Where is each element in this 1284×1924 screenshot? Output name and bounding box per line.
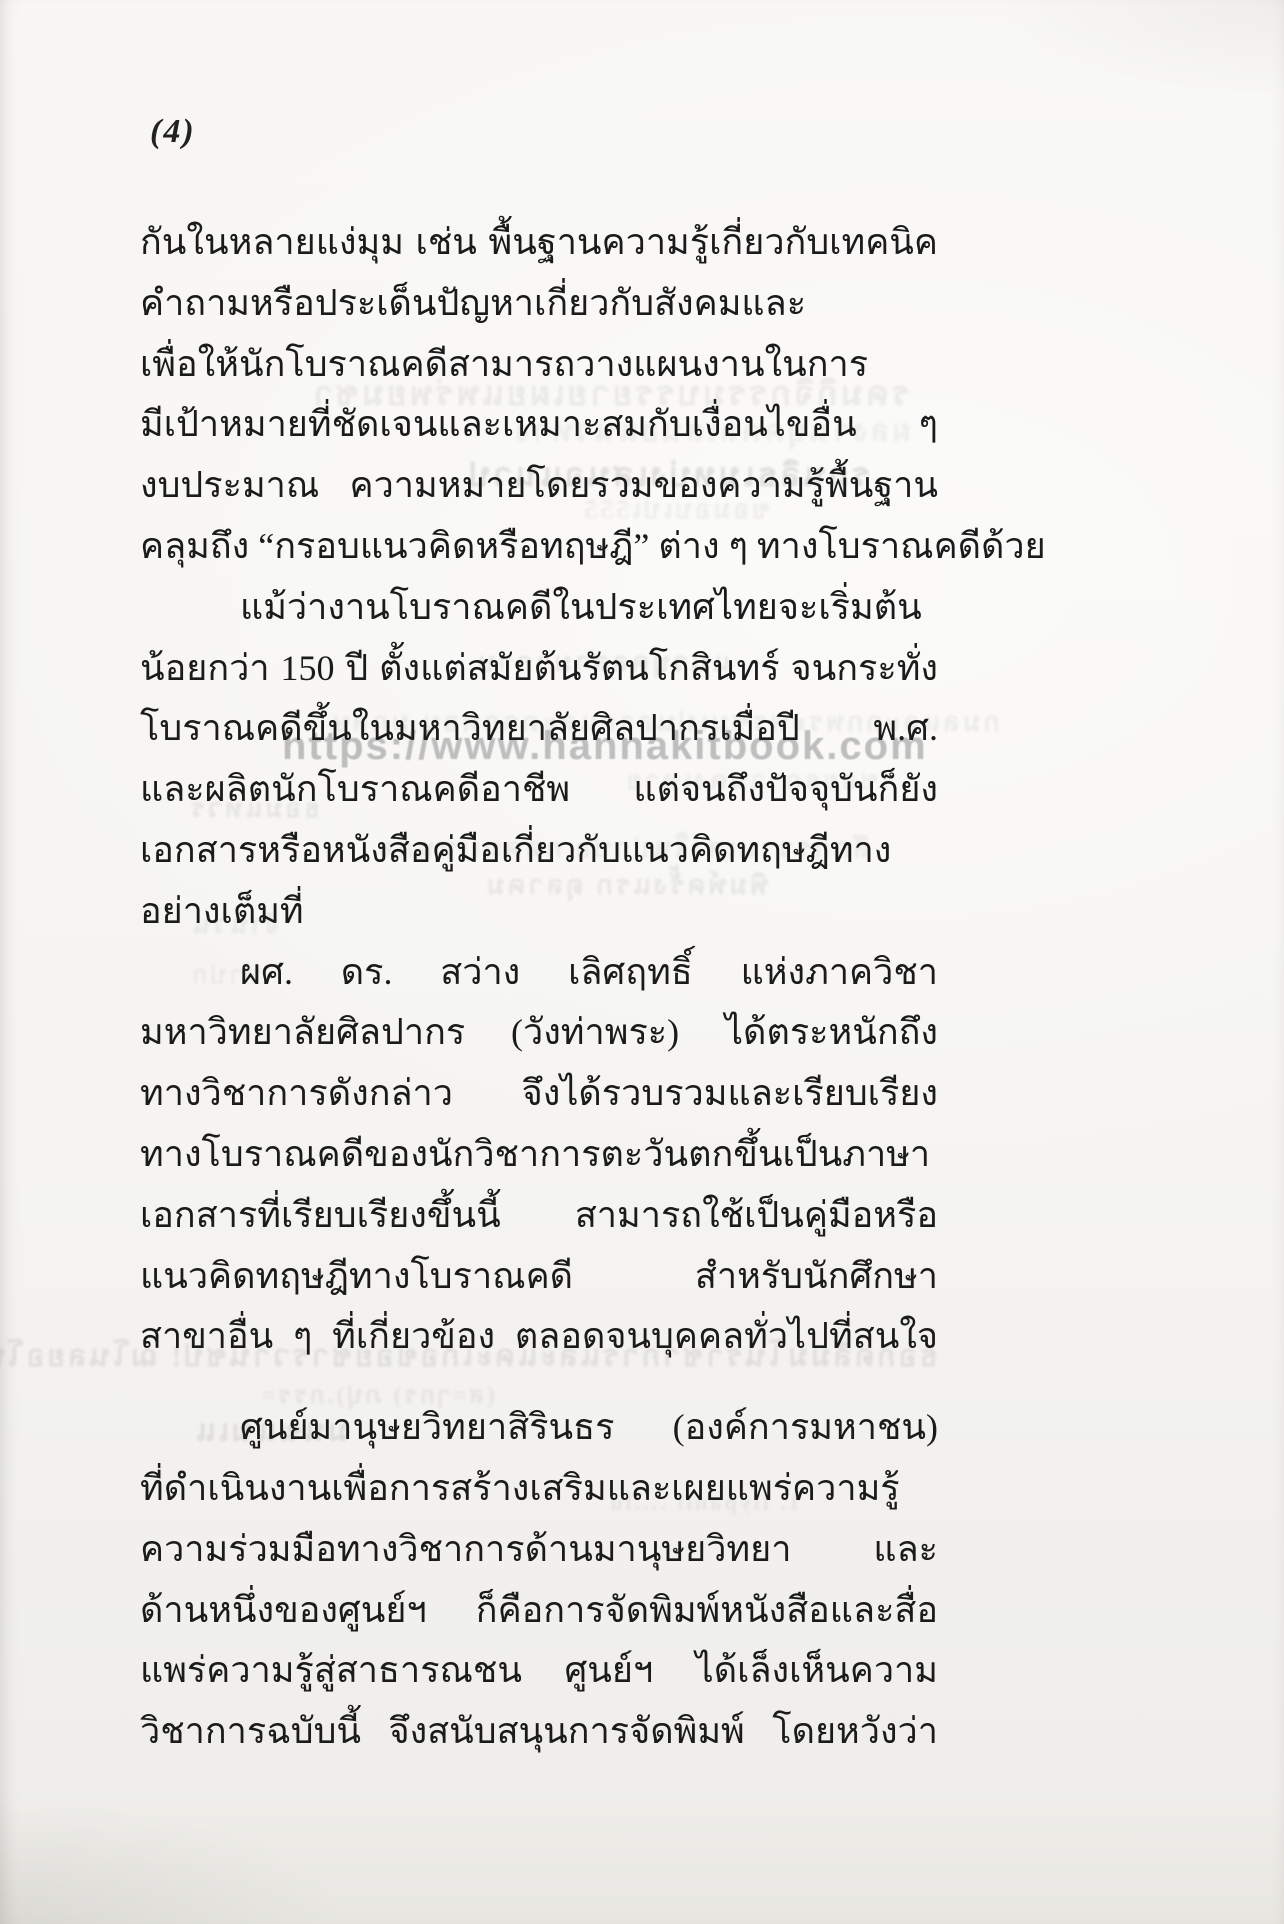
text-block: กันในหลายแง่มุม เช่น พื้นฐานความรู้เกี่ย…: [140, 212, 938, 1762]
text-line: วิชาการฉบับนี้ จึงสนับสนุนการจัดพิมพ์ โด…: [140, 1701, 938, 1762]
text-line: งบประมาณ ความหมายโดยรวมของความรู้พื้นฐาน…: [140, 455, 938, 516]
page-number: (4): [150, 113, 196, 151]
text-line: สาขาอื่น ๆ ที่เกี่ยวข้อง ตลอดจนบุคคลทั่ว…: [140, 1306, 938, 1367]
text-line: เอกสารที่เรียบเรียงขึ้นนี้ สามารถใช้เป็น…: [140, 1185, 938, 1246]
text-line: น้อยกว่า 150 ปี ตั้งแต่สมัยต้นรัตนโกสินท…: [140, 638, 938, 699]
text-line: ทางโบราณคดีของนักวิชาการตะวันตกขึ้นเป็นภ…: [140, 1124, 938, 1185]
text-line: เพื่อให้นักโบราณคดีสามารถวางแผนงานในการศ…: [140, 334, 938, 395]
text-line: อย่างเต็มที่: [140, 881, 938, 942]
paragraph: ศูนย์มานุษยวิทยาสิรินธร (องค์การมหาชน) เ…: [140, 1397, 938, 1762]
text-line: กันในหลายแง่มุม เช่น พื้นฐานความรู้เกี่ย…: [140, 212, 938, 273]
text-line: มหาวิทยาลัยศิลปากร (วังท่าพระ) ได้ตระหนั…: [140, 1002, 938, 1063]
text-line: โบราณคดีขึ้นในมหาวิทยาลัยศิลปากรเมื่อปี …: [140, 698, 938, 759]
scanned-page: 1. liypanil ....luมนฆแฆเแ(ส=ๅกร) ภปุ).กร…: [0, 0, 1284, 1924]
text-line: มีเป้าหมายที่ชัดเจนและเหมาะสมกับเงื่อนไข…: [140, 394, 938, 455]
text-line: ความร่วมมือทางวิชาการด้านมานุษยวิทยา และ…: [140, 1519, 938, 1580]
text-line: คำถามหรือประเด็นปัญหาเกี่ยวกับสังคมและวั…: [140, 273, 938, 334]
text-line: ทางวิชาการดังกล่าว จึงได้รวบรวมและเรียบเ…: [140, 1063, 938, 1124]
paragraph: กันในหลายแง่มุม เช่น พื้นฐานความรู้เกี่ย…: [140, 212, 938, 577]
text-line: แนวคิดทฤษฎีทางโบราณคดี สำหรับนักศึกษาโบร…: [140, 1246, 938, 1307]
paragraph: ผศ. ดร. สว่าง เลิศฤทธิ์ แห่งภาควิชาโบราณ…: [140, 942, 938, 1368]
text-line: แพร่ความรู้สู่สาธารณชน ศูนย์ฯ ได้เล็งเห็…: [140, 1640, 938, 1701]
text-line: ที่ดำเนินงานเพื่อการสร้างเสริมและเผยแพร่…: [140, 1458, 938, 1519]
text-line: ศูนย์มานุษยวิทยาสิรินธร (องค์การมหาชน) เ…: [140, 1397, 938, 1458]
text-line: ผศ. ดร. สว่าง เลิศฤทธิ์ แห่งภาควิชาโบราณ…: [140, 942, 938, 1003]
text-line: ด้านหนึ่งของศูนย์ฯ ก็คือการจัดพิมพ์หนังส…: [140, 1580, 938, 1641]
text-line: เอกสารหรือหนังสือคู่มือเกี่ยวกับแนวคิดทฤ…: [140, 820, 938, 881]
paragraph: แม้ว่างานโบราณคดีในประเทศไทยจะเริ่มต้นขึ…: [140, 577, 938, 942]
text-line: คลุมถึง “กรอบแนวคิดหรือทฤษฎี” ต่าง ๆ ทาง…: [140, 516, 938, 577]
text-line: และผลิตนักโบราณคดีอาชีพ แต่จนถึงปัจจุบัน…: [140, 759, 938, 820]
text-line: แม้ว่างานโบราณคดีในประเทศไทยจะเริ่มต้นขึ…: [140, 577, 938, 638]
